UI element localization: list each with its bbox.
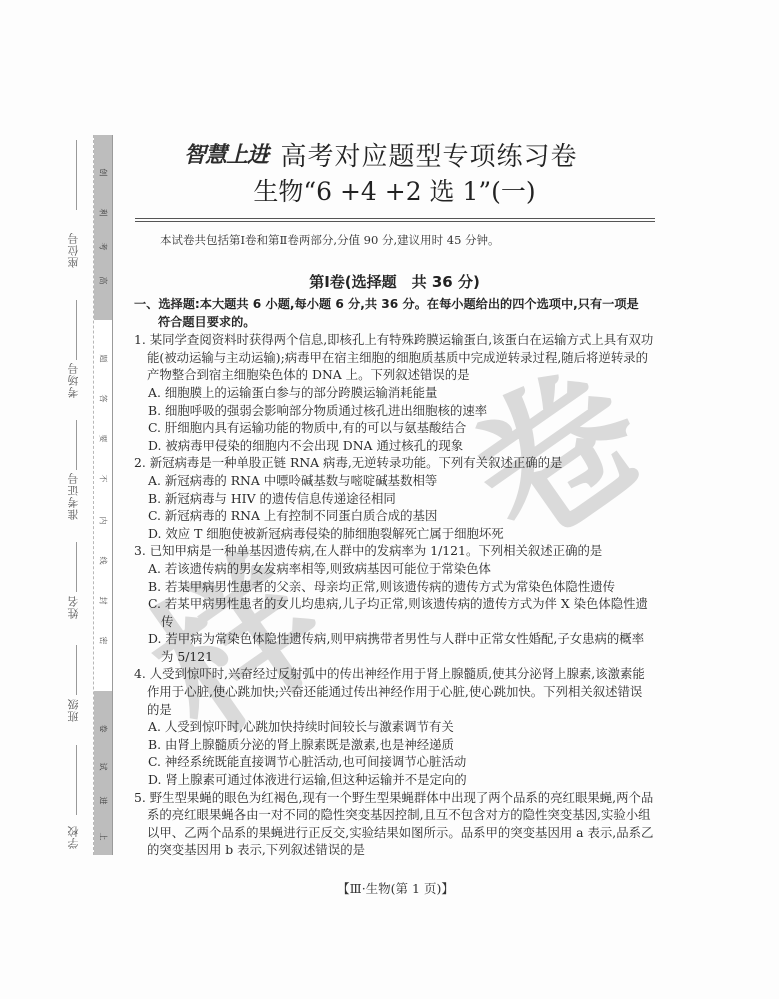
option-d: D. 若甲病为常染色体隐性遗传病,则甲病携带者男性与人群中正常女性婚配,子女患病… (134, 630, 654, 665)
strip-char: 密 (98, 632, 109, 650)
strip-char: 卷 (98, 720, 109, 738)
question-stem: 3. 已知甲病是一种单基因遗传病,在人群中的发病率为 1/121。下列相关叙述正… (134, 542, 654, 560)
field-exam-room: 考场号 (66, 362, 82, 398)
question-stem: 1. 某同学查阅资料时获得两个信息,即核孔上有特殊跨膜运输蛋白,该蛋白在运输方式… (134, 331, 654, 384)
question-2: 2. 新冠病毒是一种单股正链 RNA 病毒,无逆转录功能。下列有关叙述正确的是 … (134, 454, 654, 542)
option-c: C. 肝细胞内具有运输功能的物质中,有的可以与氨基酸结合 (134, 419, 654, 437)
option-c: C. 神经系统既能直接调节心脏活动,也可间接调节心脏活动 (134, 753, 654, 771)
header-rule (135, 221, 655, 222)
strip-char: 题 (98, 350, 109, 368)
instruction-line: 一、选择题:本大题共 6 小题,每小题 6 分,共 36 分。在每小题给出的四个… (134, 297, 639, 311)
question-stem: 4. 人受到惊吓时,兴奋经过反射弧中的传出神经作用于肾上腺髓质,使其分泌肾上腺素… (134, 665, 654, 718)
field-school: 学校 (66, 825, 82, 849)
question-5: 5. 野生型果蝇的眼色为红褐色,现有一个野生型果蝇群体中出现了两个品系的亮红眼果… (134, 789, 654, 859)
binding-strip: 创 利 考 高 题 答 要 不 内 线 封 密 卷 试 进 上 (93, 135, 113, 855)
field-class: 班级 (66, 698, 82, 722)
strip-char: 答 (98, 390, 109, 408)
option-b: B. 若某甲病男性患者的父亲、母亲均正常,则该遗传病的遗传方式为常染色体隐性遗传 (134, 578, 654, 596)
field-underline (76, 420, 77, 470)
strip-char: 进 (98, 792, 109, 810)
option-b: B. 由肾上腺髓质分泌的肾上腺素既是激素,也是神经递质 (134, 736, 654, 754)
field-seat-number: 座位号 (66, 232, 82, 268)
option-d: D. 被病毒甲侵染的细胞内不会出现 DNA 通过核孔的现象 (134, 437, 654, 455)
strip-char: 要 (98, 430, 109, 448)
question-list: 一、选择题:本大题共 6 小题,每小题 6 分,共 36 分。在每小题给出的四个… (134, 296, 654, 859)
strip-gray-bottom: 卷 试 进 上 (94, 691, 112, 855)
instruction-line: 符合题目要求的。 (134, 314, 654, 332)
option-c: C. 若某甲病男性患者的女儿均患病,儿子均正常,则该遗传病的遗传方式为伴 X 染… (134, 595, 654, 630)
question-stem: 2. 新冠病毒是一种单股正链 RNA 病毒,无逆转录功能。下列有关叙述正确的是 (134, 454, 654, 472)
field-underline (76, 645, 77, 695)
strip-char: 上 (98, 828, 109, 846)
option-a: A. 若该遗传病的男女发病率相等,则致病基因可能位于常染色体 (134, 560, 654, 578)
option-d: D. 效应 T 细胞使被新冠病毒侵染的肺细胞裂解死亡属于细胞坏死 (134, 525, 654, 543)
question-4: 4. 人受到惊吓时,兴奋经过反射弧中的传出神经作用于肾上腺髓质,使其分泌肾上腺素… (134, 665, 654, 788)
field-admission-number: 准考证号 (66, 472, 82, 520)
paper-title: 生物“6 +4 +2 选 1”(一) (0, 172, 779, 208)
question-stem: 5. 野生型果蝇的眼色为红褐色,现有一个野生型果蝇群体中出现了两个品系的亮红眼果… (134, 789, 654, 859)
section-title: 第Ⅰ卷(选择题 共 36 分) (0, 271, 779, 292)
question-3: 3. 已知甲病是一种单基因遗传病,在人群中的发病率为 1/121。下列相关叙述正… (134, 542, 654, 665)
strip-char: 不 (98, 470, 109, 488)
strip-char: 试 (98, 758, 109, 776)
page-footer: 【Ⅲ·生物(第 1 页)】 (0, 879, 779, 897)
section-instruction: 一、选择题:本大题共 6 小题,每小题 6 分,共 36 分。在每小题给出的四个… (134, 296, 654, 331)
strip-char: 封 (98, 592, 109, 610)
option-a: A. 人受到惊吓时,心跳加快持续时间较长与激素调节有关 (134, 718, 654, 736)
field-underline (76, 745, 77, 815)
exam-intro: 本试卷共包括第Ⅰ卷和第Ⅱ卷两部分,分值 90 分,建议用时 45 分钟。 (160, 232, 500, 248)
question-1: 1. 某同学查阅资料时获得两个信息,即核孔上有特殊跨膜运输蛋白,该蛋白在运输方式… (134, 331, 654, 454)
strip-gray-top: 创 利 考 高 (94, 135, 112, 320)
field-underline (76, 300, 77, 360)
header-rule (135, 218, 655, 219)
strip-char: 考 (98, 238, 109, 256)
series-title: · 高考对应题型专项练习卷 (262, 136, 578, 173)
option-d: D. 肾上腺素可通过体液进行运输,但这种运输并不是定向的 (134, 771, 654, 789)
brand-logo: 智慧上进 (184, 138, 268, 169)
exam-page: 卷 样 座位号 考场号 准考证号 姓名 班级 学校 创 利 考 高 题 答 要 … (0, 0, 779, 999)
option-a: A. 新冠病毒的 RNA 中嘌呤碱基数与嘧啶碱基数相等 (134, 472, 654, 490)
option-b: B. 细胞呼吸的强弱会影响部分物质通过核孔进出细胞核的速率 (134, 402, 654, 420)
option-b: B. 新冠病毒与 HIV 的遗传信息传递途径相同 (134, 490, 654, 508)
option-c: C. 新冠病毒的 RNA 上有控制不同蛋白质合成的基因 (134, 507, 654, 525)
field-name: 姓名 (66, 595, 82, 619)
strip-char: 线 (98, 552, 109, 570)
field-underline (76, 542, 77, 592)
strip-char: 内 (98, 512, 109, 530)
option-a: A. 细胞膜上的运输蛋白参与的部分跨膜运输消耗能量 (134, 384, 654, 402)
